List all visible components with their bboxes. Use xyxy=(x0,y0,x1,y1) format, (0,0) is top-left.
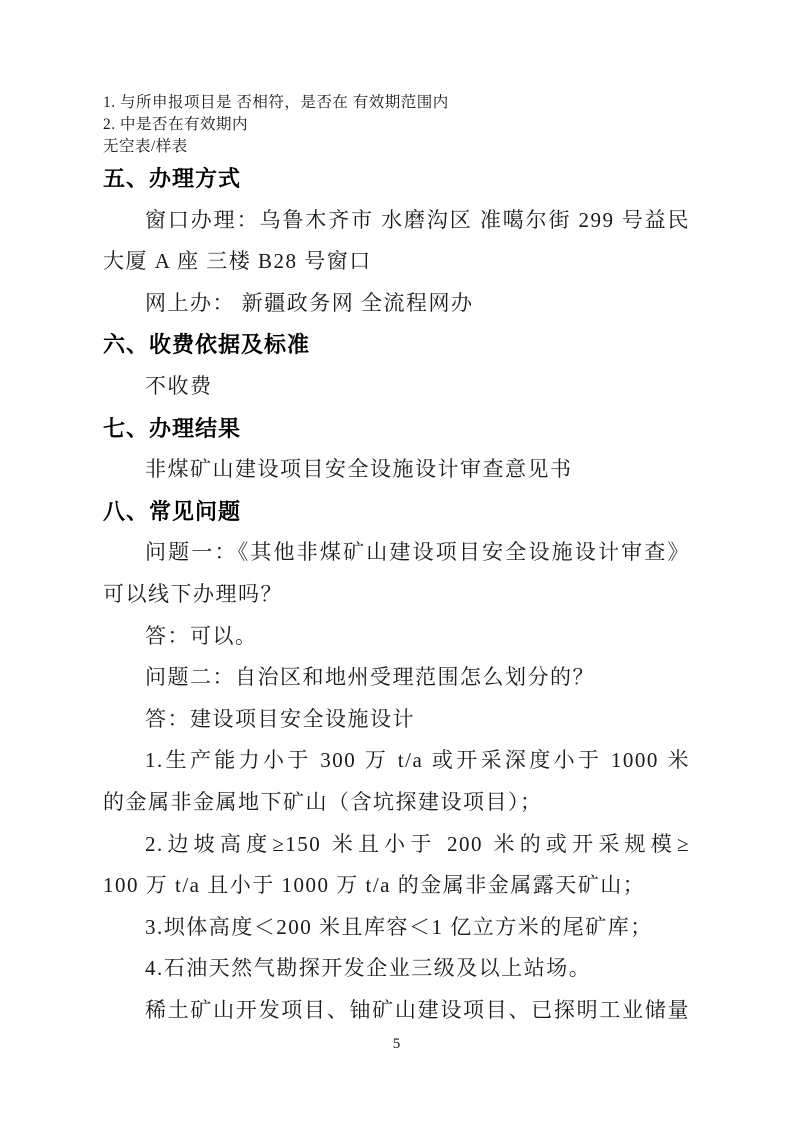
para-question-1-line-1: 问题一：《其他非煤矿山建设项目安全设施设计审查》 xyxy=(103,532,690,574)
document-page: 1. 与所申报项目是 否相符，是否在 有效期范围内2. 中是否在有效期内无空表/… xyxy=(0,0,793,1122)
prev-checklist-item-2: 2. 中是否在有效期内 xyxy=(103,114,690,136)
para-result: 非煤矿山建设项目安全设施设计审查意见书 xyxy=(103,449,690,491)
para-rare-earth: 稀土矿山开发项目、铀矿山建设项目、已探明工业储量 xyxy=(103,990,690,1032)
para-scope-item-1-line-1: 1.生产能力小于 300 万 t/a 或开采深度小于 1000 米 xyxy=(103,740,690,782)
heading-section-6: 六、收费依据及标准 xyxy=(103,324,690,366)
heading-section-7: 七、办理结果 xyxy=(103,408,690,450)
heading-section-5: 五、办理方式 xyxy=(103,158,690,200)
para-scope-item-4: 4.石油天然气勘探开发企业三级及以上站场。 xyxy=(103,948,690,990)
heading-section-8: 八、常见问题 xyxy=(103,491,690,533)
page-number: 5 xyxy=(0,1036,793,1053)
para-scope-item-2-line-1: 2.边坡高度≥150 米且小于 200 米的或开采规模≥ xyxy=(103,824,690,866)
para-answer-1: 答：可以。 xyxy=(103,616,690,658)
para-scope-item-3: 3.坝体高度＜200 米且库容＜1 亿立方米的尾矿库； xyxy=(103,907,690,949)
para-question-2: 问题二：自治区和地州受理范围怎么划分的？ xyxy=(103,657,690,699)
para-scope-item-2-line-2: 100 万 t/a 且小于 1000 万 t/a 的金属非金属露天矿山； xyxy=(103,865,690,907)
para-answer-2: 答：建设项目安全设施设计 xyxy=(103,699,690,741)
document-content: 1. 与所申报项目是 否相符，是否在 有效期范围内2. 中是否在有效期内无空表/… xyxy=(103,92,690,1031)
prev-checklist-item-1: 1. 与所申报项目是 否相符，是否在 有效期范围内 xyxy=(103,92,690,114)
para-online-service: 网上办： 新疆政务网 全流程网办 xyxy=(103,283,690,325)
para-window-service-line-1: 窗口办理：乌鲁木齐市 水磨沟区 准噶尔街 299 号益民 xyxy=(103,200,690,242)
para-scope-item-1-line-2: 的金属非金属地下矿山（含坑探建设项目）； xyxy=(103,782,690,824)
prev-note-blank-form: 无空表/样表 xyxy=(103,136,690,158)
para-window-service-line-2: 大厦 A 座 三楼 B28 号窗口 xyxy=(103,241,690,283)
para-question-1-line-2: 可以线下办理吗？ xyxy=(103,574,690,616)
para-no-fee: 不收费 xyxy=(103,366,690,408)
